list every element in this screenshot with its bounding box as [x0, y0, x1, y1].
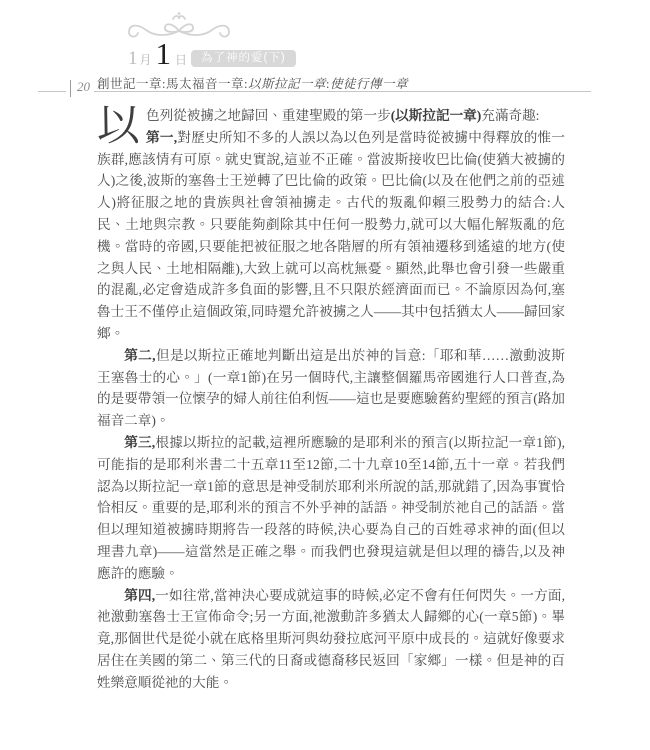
reading-item: 創世記一章 [97, 77, 162, 91]
day-label: 日 [175, 51, 187, 68]
text-segment: 色列從被擄之地歸回、重建聖殿的第一步 [146, 108, 391, 123]
bold-text-segment: 第三, [124, 435, 155, 450]
day-number: 1 [156, 36, 172, 72]
reading-item: 馬太福音一章 [166, 77, 244, 91]
dropcap: 以 [97, 106, 144, 148]
page-number-divider [70, 80, 71, 97]
text-segment: 一如往常,當神決心要成就這事的時候,必定不會有任何閃失。一方面,祂激動塞魯士王宣… [97, 588, 565, 690]
header-rule-left [38, 91, 66, 92]
bold-text-segment: 第二, [124, 348, 155, 363]
text-segment: 根據以斯拉的記載,這裡所應驗的是耶利米的預言(以斯拉記一章1節),可能指的是耶利… [97, 435, 565, 581]
book-title-badge: 為了神的愛(下) [191, 50, 296, 67]
paragraph: 第一,對歷史所知不多的人誤以為以色列是當時從被擄中得釋放的惟一族群,應該情有可原… [97, 127, 565, 345]
paragraph: 第三,根據以斯拉的記載,這裡所應驗的是耶利米的預言(以斯拉記一章1節),可能指的… [97, 432, 565, 585]
text-segment: 對歷史所知不多的人誤以為以色列是當時從被擄中得釋放的惟一族群,應該情有可原。就史… [97, 130, 565, 341]
date-heading: 1 月 1 日 [128, 36, 187, 72]
paragraph: 以色列從被擄之地歸回、重建聖殿的第一步(以斯拉記一章)充滿奇趣: [97, 105, 565, 127]
bold-text-segment: 第一, [146, 130, 177, 145]
month-label: 月 [140, 51, 152, 68]
text-segment: 充滿奇趣: [481, 108, 539, 123]
bold-text-segment: (以斯拉記一章) [391, 108, 482, 123]
paragraph: 第二,但是以斯拉正確地判斷出這是出於神的旨意:「耶和華……激動波斯王塞魯士的心。… [97, 345, 565, 432]
reading-item: 以斯拉記一章 [248, 77, 326, 91]
bold-text-segment: 第四, [124, 588, 155, 603]
page-number: 20 [77, 79, 90, 95]
readings-list: 創世記一章:馬太福音一章:以斯拉記一章:使徒行傳一章 [97, 74, 408, 92]
paragraph: 第四,一如往常,當神決心要成就這事的時候,必定不會有任何閃失。一方面,祂激動塞魯… [97, 585, 565, 694]
devotional-book-page: 1 月 1 日 為了神的愛(下) 20 創世記一章:馬太福音一章:以斯拉記一章:… [0, 0, 650, 750]
article-body: 以色列從被擄之地歸回、重建聖殿的第一步(以斯拉記一章)充滿奇趣:第一,對歷史所知… [97, 105, 565, 694]
month-number: 1 [128, 48, 138, 70]
text-segment: 但是以斯拉正確地判斷出這是出於神的旨意:「耶和華……激動波斯王塞魯士的心。」(一… [97, 348, 565, 428]
reading-item: 使徒行傳一章 [330, 77, 408, 91]
